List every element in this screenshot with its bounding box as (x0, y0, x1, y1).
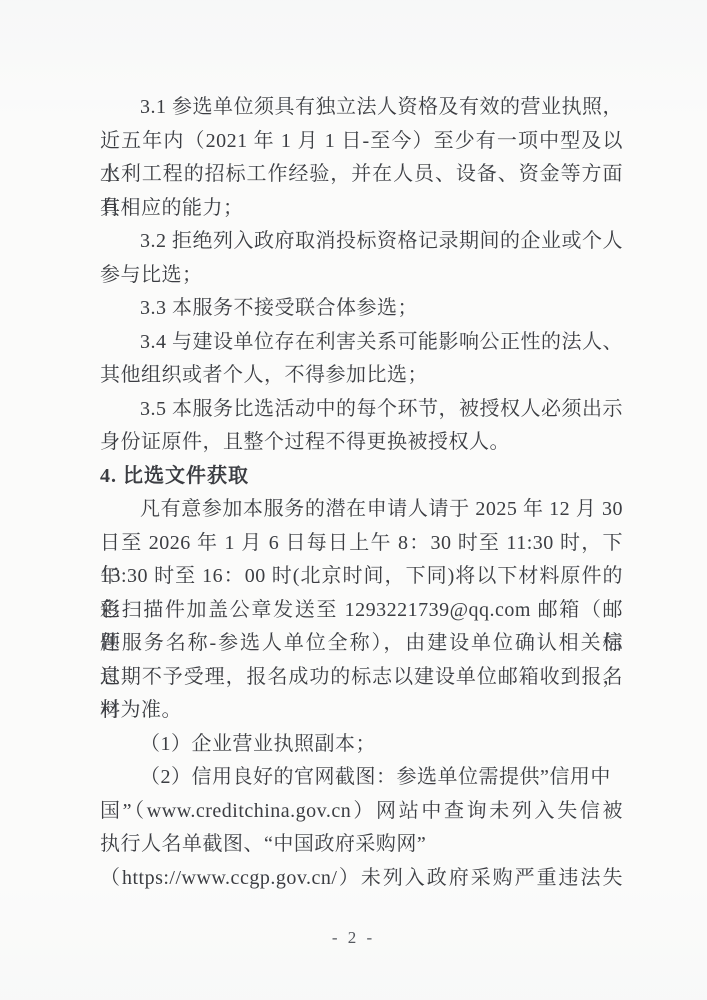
document-text-line: 参与比选； (100, 259, 623, 293)
document-text-line: （https://www.ccgp.gov.cn/）未列入政府采购严重违法失 (100, 862, 623, 896)
document-text-line: 3.3 本服务不接受联合体参选； (100, 292, 623, 326)
document-text-line: （1）企业营业执照副本； (100, 728, 623, 762)
document-text-line: 近五年内（2021 年 1 月 1 日-至今）至少有一项中型及以上 (100, 125, 623, 159)
document-text-line: 有相应的能力； (100, 192, 623, 226)
document-text-line: 国”（www.creditchina.gov.cn）网站中查询未列入失信被 (100, 795, 623, 829)
document-text-line: 日至 2026 年 1 月 6 日每日上午 8：30 时至 11:30 时，下午 (100, 527, 623, 561)
document-text-line: 13:30 时至 16：00 时(北京时间，下同)将以下材料原件的彩 (100, 560, 623, 594)
document-text-line: 3.4 与建设单位存在利害关系可能影响公正性的法人、 (100, 326, 623, 360)
document-text-line: 其他组织或者个人，不得参加比选； (100, 359, 623, 393)
document-body: 3.1 参选单位须具有独立法人资格及有效的营业执照，近五年内（2021 年 1 … (100, 91, 623, 895)
section-heading: 4. 比选文件获取 (100, 460, 623, 494)
document-page: 3.1 参选单位须具有独立法人资格及有效的营业执照，近五年内（2021 年 1 … (0, 0, 707, 1000)
document-text-line: 3.5 本服务比选活动中的每个环节，被授权人必须出示 (100, 393, 623, 427)
page-number: - 2 - (0, 928, 707, 948)
document-text-line: 题服务名称-参选人单位全称），由建设单位确认相关信息， (100, 627, 623, 661)
document-text-line: 料为准。 (100, 694, 623, 728)
document-text-line: 水利工程的招标工作经验，并在人员、设备、资金等方面具 (100, 158, 623, 192)
document-text-line: 过期不予受理，报名成功的标志以建设单位邮箱收到报名材 (100, 661, 623, 695)
document-text-line: 3.1 参选单位须具有独立法人资格及有效的营业执照， (100, 91, 623, 125)
document-text-line: （2）信用良好的官网截图：参选单位需提供”信用中 (100, 761, 623, 795)
document-text-line: 凡有意参加本服务的潜在申请人请于 2025 年 12 月 30 (100, 493, 623, 527)
document-text-line: 色扫描件加盖公章发送至 1293221739@qq.com 邮箱（邮件标 (100, 594, 623, 628)
document-text-line: 执行人名单截图、“中国政府采购网” (100, 828, 623, 862)
document-text-line: 身份证原件，且整个过程不得更换被授权人。 (100, 426, 623, 460)
document-text-line: 3.2 拒绝列入政府取消投标资格记录期间的企业或个人 (100, 225, 623, 259)
